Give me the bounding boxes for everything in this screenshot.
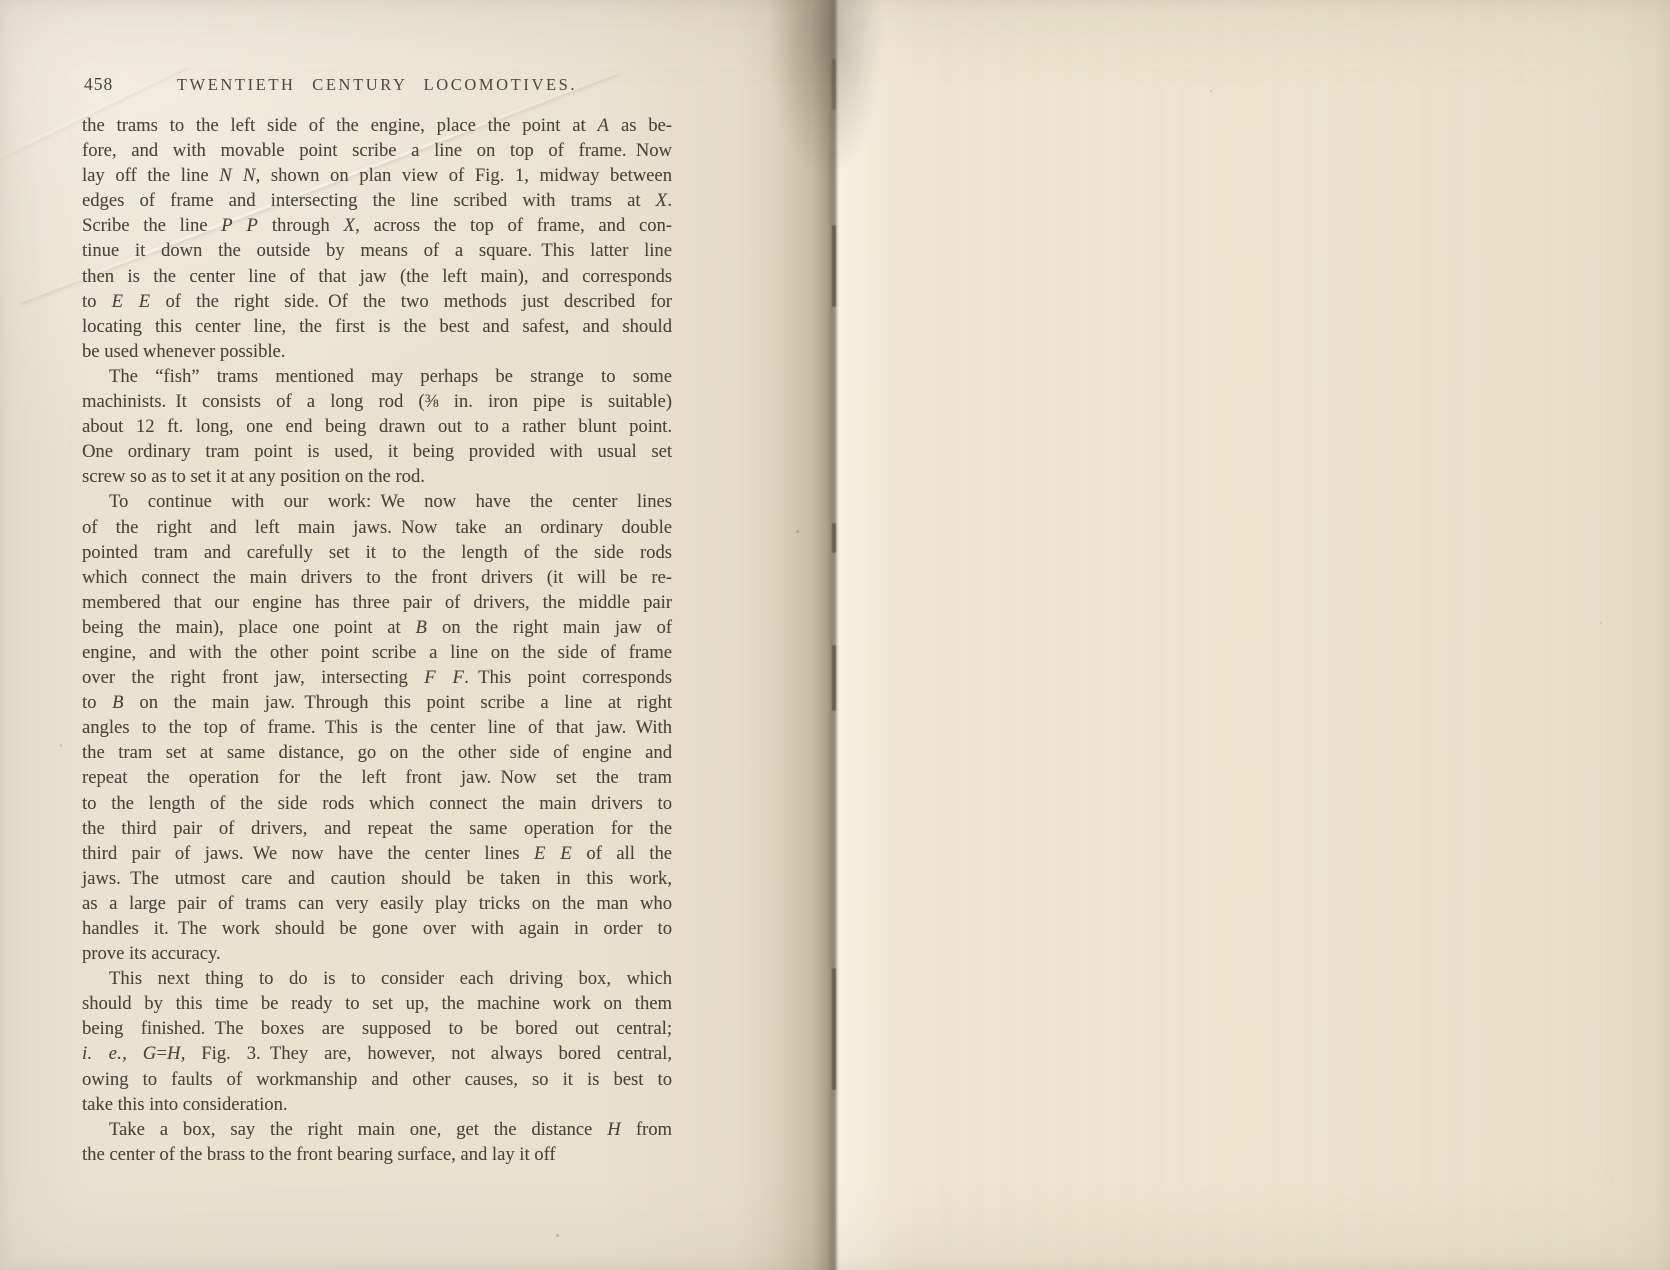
binding-crack — [832, 968, 836, 1090]
text-line: then is the center line of that jaw (the… — [82, 264, 672, 289]
text-line: To continue with our work: We now have t… — [82, 489, 672, 514]
text-line: prove its accuracy. — [82, 941, 672, 966]
page-right: TWENTIETH CENTURY LOCOMOTIVES. 459 on F … — [836, 0, 1670, 1270]
text-line: be used whenever possible. — [82, 339, 672, 364]
text-line: the third pair of drivers, and repeat th… — [82, 816, 672, 841]
paper-speck — [556, 1234, 559, 1237]
text-line: fore, and with movable point scribe a li… — [82, 138, 672, 163]
text-line: i. e., G=H, Fig. 3. They are, however, n… — [82, 1041, 672, 1066]
paper-speck — [1600, 622, 1602, 624]
text-line: owing to faults of workmanship and other… — [82, 1067, 672, 1092]
binding-crack — [832, 58, 836, 110]
text-line: This next thing to do is to consider eac… — [82, 966, 672, 991]
binding-crack — [832, 645, 836, 711]
text-line: being the main), place one point at B on… — [82, 615, 672, 640]
text-line: One ordinary tram point is used, it bein… — [82, 439, 672, 464]
page-left: 458 TWENTIETH CENTURY LOCOMOTIVES. the t… — [0, 0, 836, 1270]
text-line: should by this time be ready to set up, … — [82, 991, 672, 1016]
text-line: which connect the main drivers to the fr… — [82, 565, 672, 590]
text-line: the tram set at same distance, go on the… — [82, 740, 672, 765]
text-line: repeat the operation for the left front … — [82, 765, 672, 790]
text-line: machinists. It consists of a long rod (⅜… — [82, 389, 672, 414]
paper-speck — [60, 744, 62, 747]
text-line: edges of frame and intersecting the line… — [82, 188, 672, 213]
book-spread-scan: 458 TWENTIETH CENTURY LOCOMOTIVES. the t… — [0, 0, 1670, 1270]
text-line: over the right front jaw, intersecting F… — [82, 665, 672, 690]
text-line: take this into consideration. — [82, 1092, 672, 1117]
text-line: to E E of the right side. Of the two met… — [82, 289, 672, 314]
text-line: to the length of the side rods which con… — [82, 791, 672, 816]
text-line: third pair of jaws. We now have the cent… — [82, 841, 672, 866]
binding-crack — [832, 523, 836, 553]
text-line: tinue it down the outside by means of a … — [82, 238, 672, 263]
running-title-left: TWENTIETH CENTURY LOCOMOTIVES. — [82, 75, 672, 95]
text-line: of the right and left main jaws. Now tak… — [82, 515, 672, 540]
text-line: Take a box, say the right main one, get … — [82, 1117, 672, 1142]
text-line: the center of the brass to the front bea… — [82, 1142, 672, 1167]
text-line: being finished. The boxes are supposed t… — [82, 1016, 672, 1041]
text-line: screw so as to set it at any position on… — [82, 464, 672, 489]
paper-speck — [1210, 90, 1212, 92]
text-line: pointed tram and carefully set it to the… — [82, 540, 672, 565]
binding-crack — [832, 225, 836, 307]
text-line: the trams to the left side of the engine… — [82, 113, 672, 138]
text-line: as a large pair of trams can very easily… — [82, 891, 672, 916]
paper-speck — [796, 530, 799, 533]
text-line: lay off the line N N, shown on plan view… — [82, 163, 672, 188]
text-line: to B on the main jaw. Through this point… — [82, 690, 672, 715]
text-line: jaws. The utmost care and caution should… — [82, 866, 672, 891]
text-line: engine, and with the other point scribe … — [82, 640, 672, 665]
text-line: handles it. The work should be gone over… — [82, 916, 672, 941]
text-line: The “fish” trams mentioned may perhaps b… — [82, 364, 672, 389]
body-text-left: the trams to the left side of the engine… — [82, 113, 672, 1167]
text-line: about 12 ft. long, one end being drawn o… — [82, 414, 672, 439]
text-line: Scribe the line P P through X, across th… — [82, 213, 672, 238]
text-line: locating this center line, the first is … — [82, 314, 672, 339]
text-line: angles to the top of frame. This is the … — [82, 715, 672, 740]
text-line: membered that our engine has three pair … — [82, 590, 672, 615]
